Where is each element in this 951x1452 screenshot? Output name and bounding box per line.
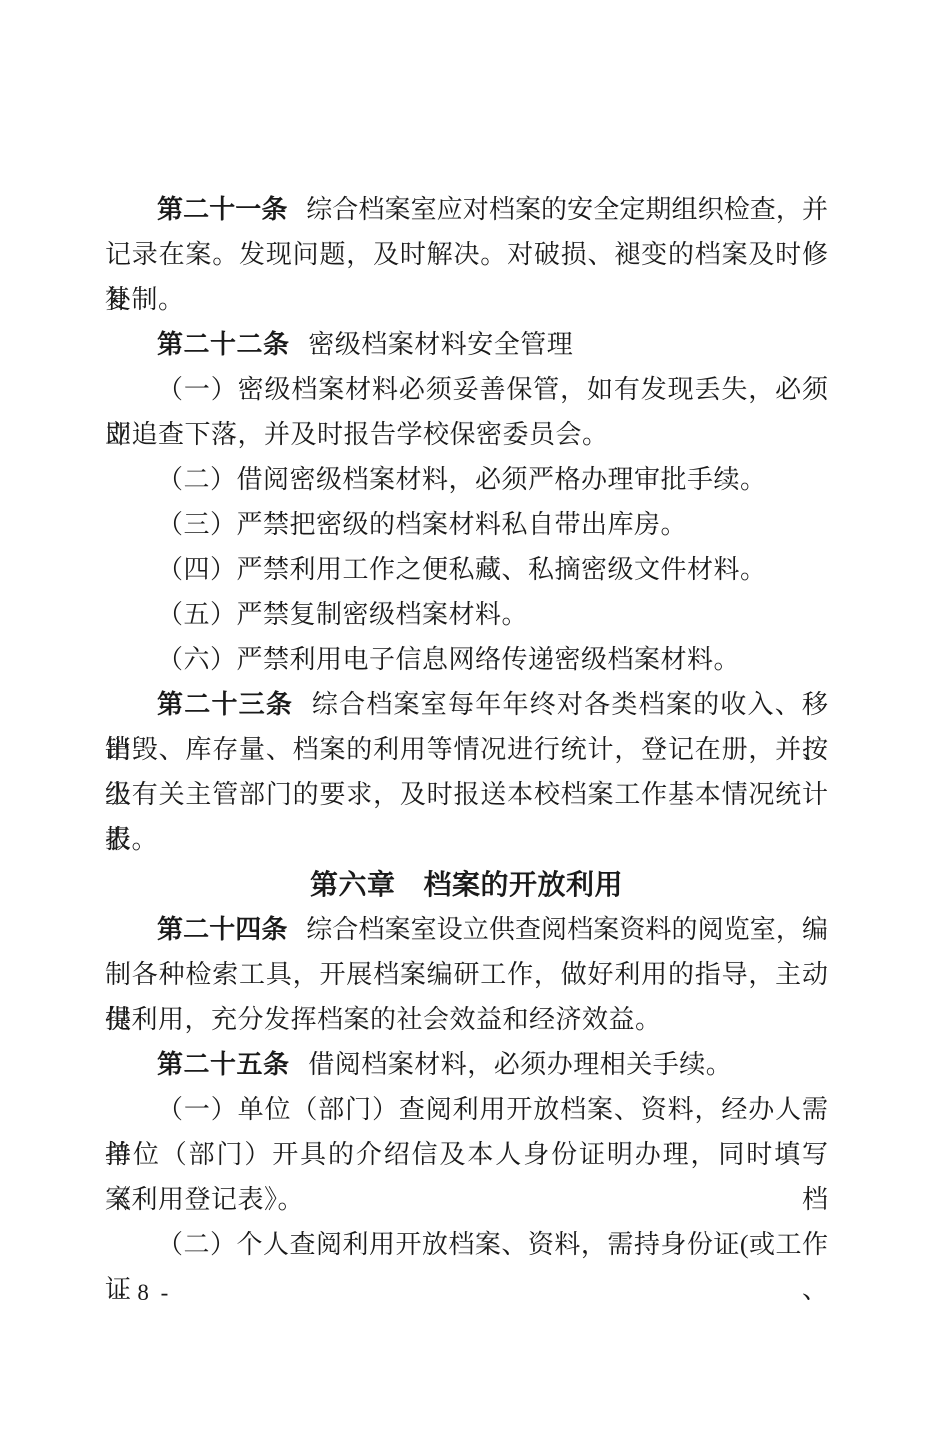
text-line: 制各种检索工具，开展档案编研工作，做好利用的指导，主动提 — [105, 952, 828, 997]
text-line: （三）严禁把密级的档案材料私自带出库房。 — [105, 502, 828, 547]
text-line: 复制。 — [105, 277, 828, 322]
text-line: 记录在案。发现问题，及时解决。对破损、褪变的档案及时修补 — [105, 232, 828, 277]
text-line: 供利用，充分发挥档案的社会效益和经济效益。 — [105, 997, 828, 1042]
body-text: 借阅档案材料，必须办理相关手续。 — [308, 1050, 732, 1079]
text-line: （一）单位（部门）查阅利用开放档案、资料，经办人需持 — [105, 1087, 828, 1132]
body-text: （四）严禁利用工作之便私藏、私摘密级文件材料。 — [157, 555, 767, 584]
body-text: 即追查下落，并及时报告学校保密委员会。 — [105, 420, 609, 449]
page-content: 第二十一条综合档案室应对档案的安全定期组织检查，并记录在案。发现问题，及时解决。… — [105, 187, 828, 1267]
body-text: （三）严禁把密级的档案材料私自带出库房。 — [157, 510, 687, 539]
body-text: 密级档案材料安全管理 — [308, 330, 573, 359]
page-number: - 8 - — [118, 1278, 171, 1308]
body-text: 表。 — [105, 825, 158, 854]
text-line: 级有关主管部门的要求，及时报送本校档案工作基本情况统计报 — [105, 772, 828, 817]
text-line: （二）个人查阅利用开放档案、资料，需持身份证(或工作证、 — [105, 1222, 828, 1267]
text-line: （一）密级档案材料必须妥善保管，如有发现丢失，必须立 — [105, 367, 828, 412]
body-text: （五）严禁复制密级档案材料。 — [157, 600, 528, 629]
document-page: 第二十一条综合档案室应对档案的安全定期组织检查，并记录在案。发现问题，及时解决。… — [0, 0, 951, 1452]
body-text: 供利用，充分发挥档案的社会效益和经济效益。 — [105, 1005, 662, 1034]
chapter-title: 档案的开放利用 — [424, 869, 624, 900]
article-number: 第二十五条 — [157, 1049, 290, 1079]
body-text: 复制。 — [105, 285, 185, 314]
text-line: 第二十二条密级档案材料安全管理 — [105, 322, 828, 367]
chapter-number: 第六章 — [310, 869, 396, 900]
article-number: 第二十一条 — [157, 194, 287, 224]
body-text: （二）个人查阅利用开放档案、资料，需持身份证(或工作证、 — [105, 1230, 828, 1304]
text-line: 表。 — [105, 817, 828, 862]
text-line: （六）严禁利用电子信息网络传递密级档案材料。 — [105, 637, 828, 682]
article-number: 第二十三条 — [157, 689, 293, 719]
text-line: （二）借阅密级档案材料，必须严格办理审批手续。 — [105, 457, 828, 502]
text-line: 第二十五条借阅档案材料，必须办理相关手续。 — [105, 1042, 828, 1087]
text-line: 第二十三条综合档案室每年年终对各类档案的收入、移出、 — [105, 682, 828, 727]
article-number: 第二十四条 — [157, 914, 287, 944]
text-line: 即追查下落，并及时报告学校保密委员会。 — [105, 412, 828, 457]
text-line: （四）严禁利用工作之便私藏、私摘密级文件材料。 — [105, 547, 828, 592]
text-line: （五）严禁复制密级档案材料。 — [105, 592, 828, 637]
article-number: 第二十二条 — [157, 329, 290, 359]
body-text: （六）严禁利用电子信息网络传递密级档案材料。 — [157, 645, 740, 674]
body-text: 综合档案室应对档案的安全定期组织检查，并 — [306, 195, 828, 224]
chapter-heading: 第六章档案的开放利用 — [105, 862, 828, 907]
body-text: 案利用登记表》。 — [105, 1185, 304, 1214]
body-text: 综合档案室设立供查阅档案资料的阅览室，编 — [306, 915, 828, 944]
text-line: 单位（部门）开具的介绍信及本人身份证明办理，同时填写《档 — [105, 1132, 828, 1177]
body-text: （二）借阅密级档案材料，必须严格办理审批手续。 — [157, 465, 767, 494]
text-line: 第二十一条综合档案室应对档案的安全定期组织检查，并 — [105, 187, 828, 232]
text-line: 销毁、库存量、档案的利用等情况进行统计，登记在册，并按上 — [105, 727, 828, 772]
text-line: 第二十四条综合档案室设立供查阅档案资料的阅览室，编 — [105, 907, 828, 952]
